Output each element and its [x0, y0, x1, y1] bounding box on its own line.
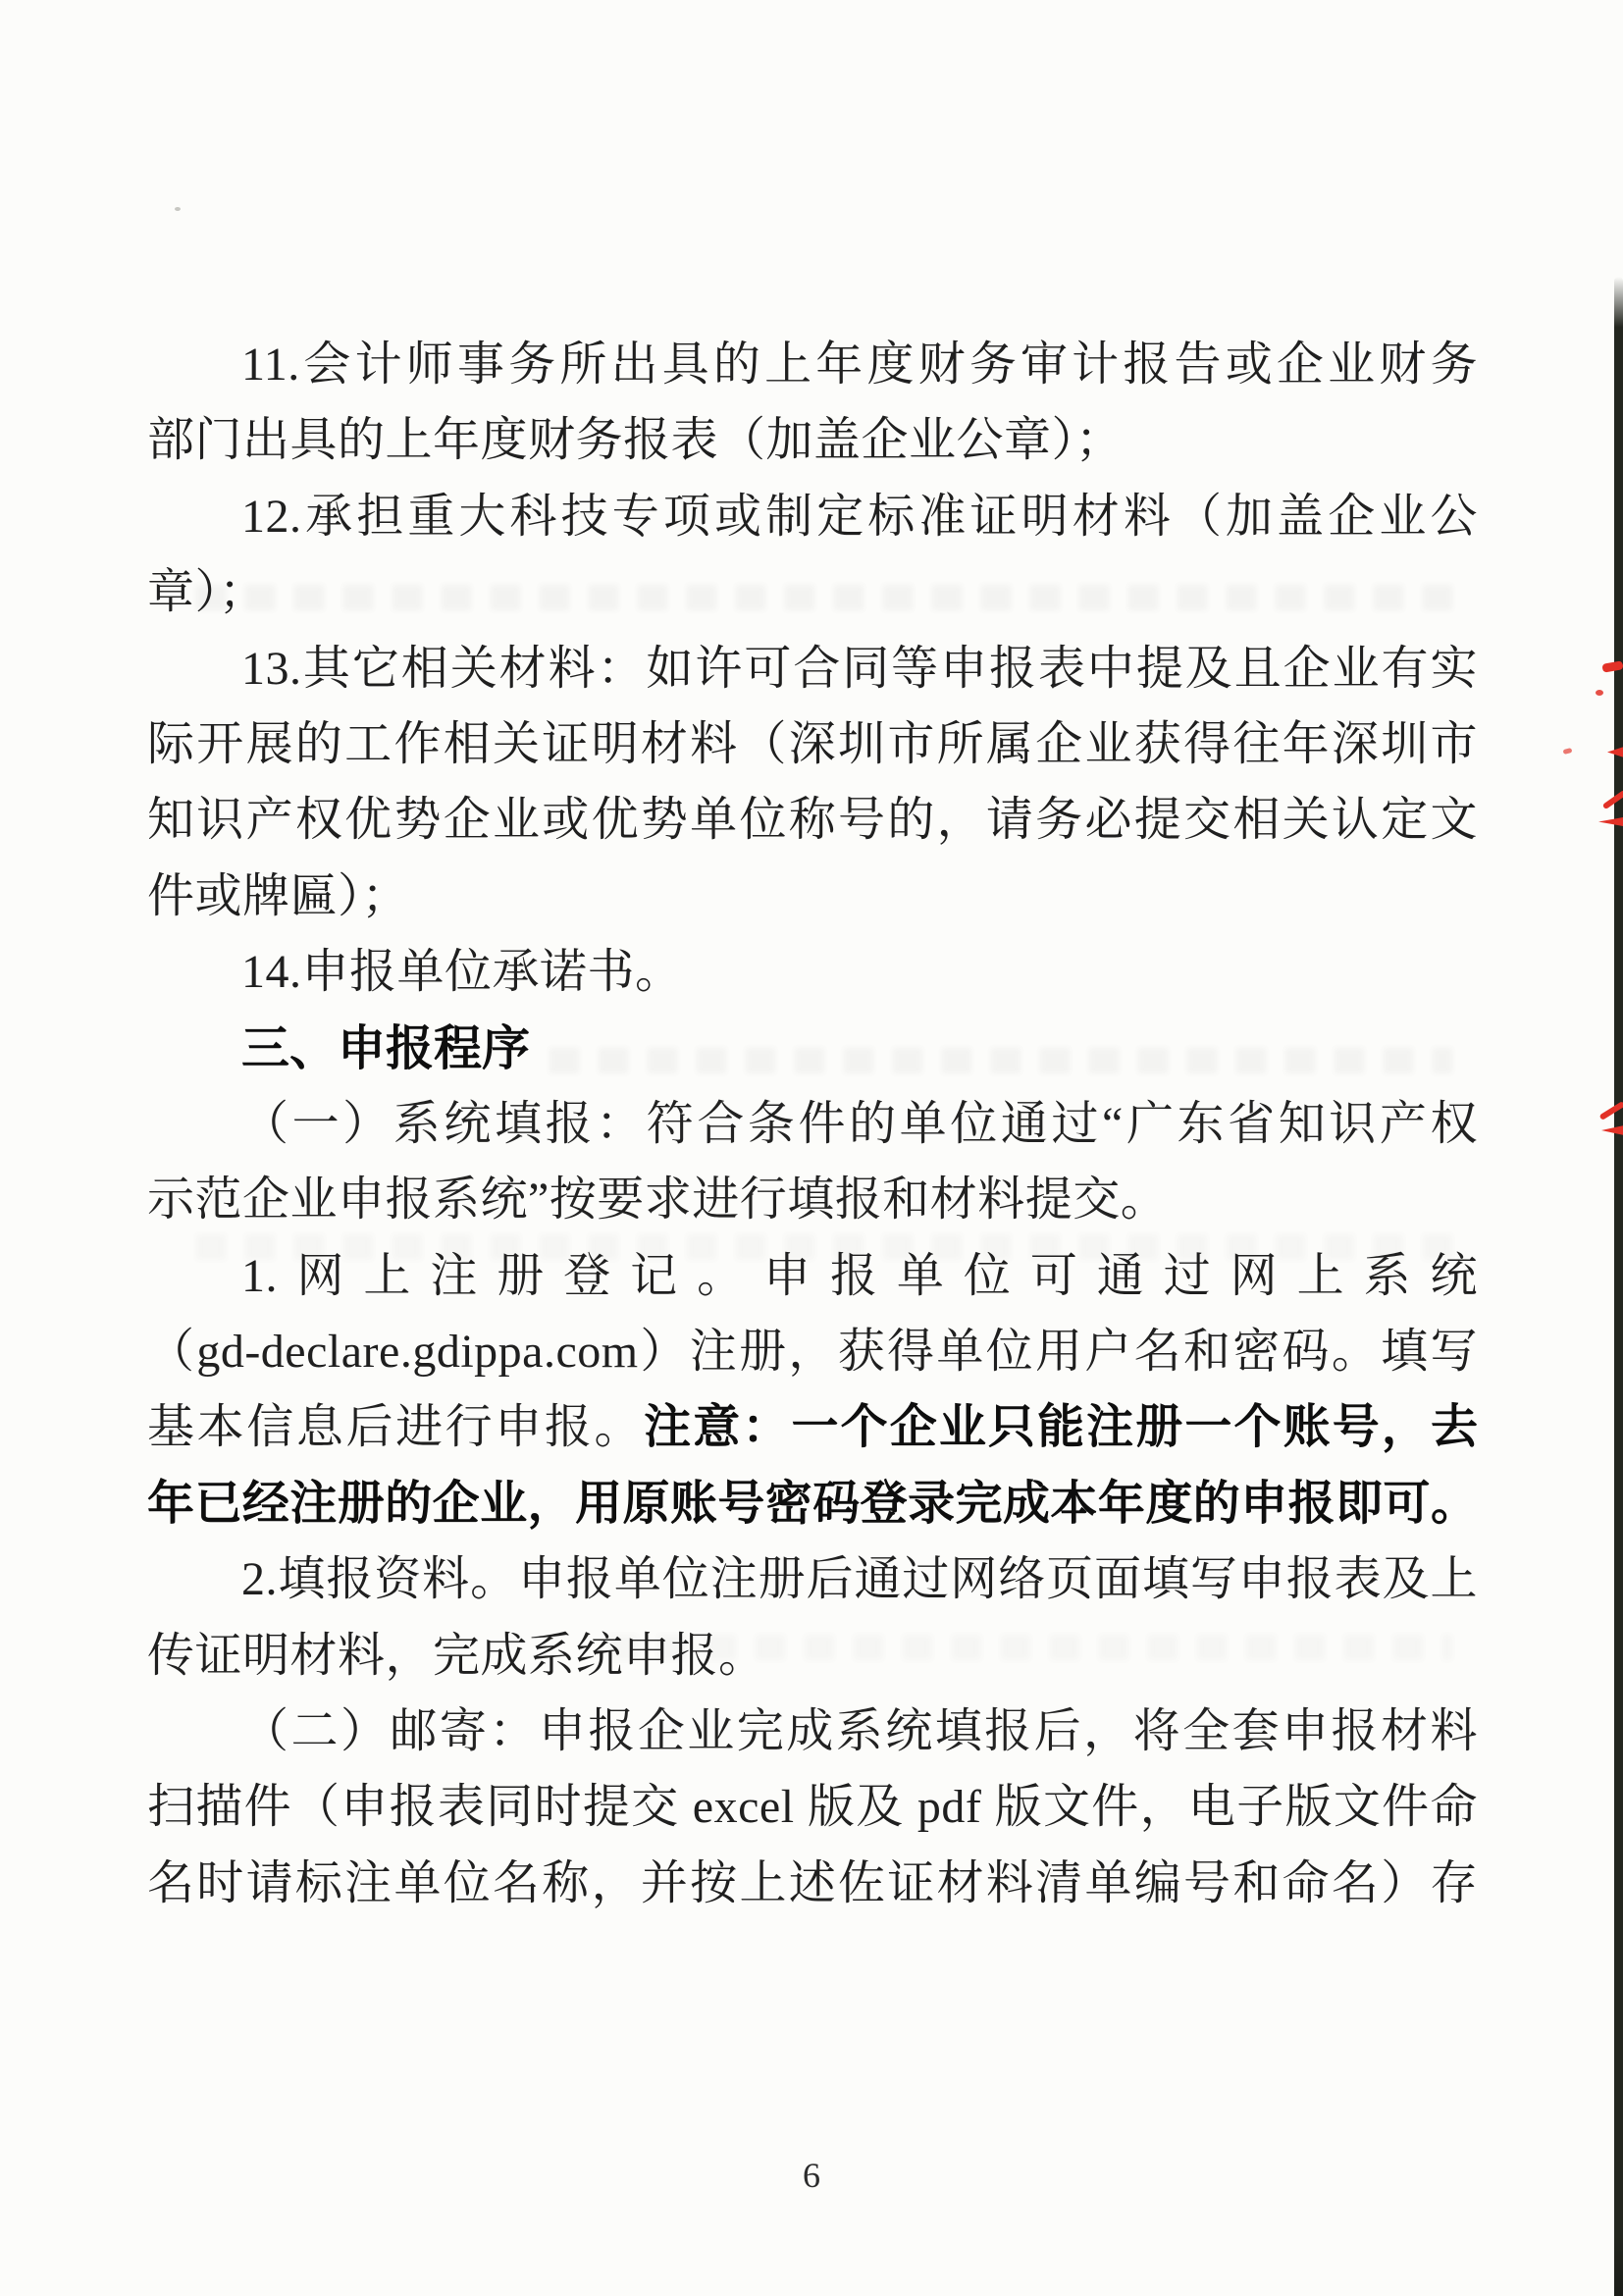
text-line: 章）； [147, 554, 1478, 630]
scan-speck [175, 207, 181, 211]
text-line: 示范企业申报系统”按要求进行填报和材料提交。 [147, 1162, 1478, 1237]
text-line: 2.填报资料。申报单位注册后通过网络页面填写申报表及上 [147, 1541, 1478, 1617]
text-run: 名时请标注单位名称，并按上述佐证材料清单编号和命名）存 [147, 1857, 1478, 1909]
text-line: 知识产权优势企业或优势单位称号的，请务必提交相关认定文 [147, 782, 1478, 858]
text-line: （gd-declare.gdippa.com）注册，获得单位用户名和密码。填写 [147, 1314, 1478, 1389]
red-pen-mark [1598, 817, 1623, 826]
text-run: 基本信息后进行申报。 [147, 1401, 644, 1453]
text-run: 章）； [147, 566, 267, 618]
text-line: 12.承担重大科技专项或制定标准证明材料（加盖企业公 [147, 479, 1478, 554]
text-line: （一）系统填报：符合条件的单位通过“广东省知识产权 [147, 1086, 1478, 1162]
text-line: 名时请标注单位名称，并按上述佐证材料清单编号和命名）存 [147, 1846, 1478, 1921]
text-run: 13.其它相关材料：如许可合同等申报表中提及且企业有实 [241, 643, 1478, 695]
text-run: 12.承担重大科技专项或制定标准证明材料（加盖企业公 [241, 491, 1478, 543]
text-line: 部门出具的上年度财务报表（加盖企业公章）； [147, 402, 1478, 478]
text-run: （二）邮寄：申报企业完成系统填报后，将全套申报材料 [241, 1705, 1478, 1757]
bold-text-run: 三、申报程序 [241, 1020, 530, 1076]
document-page: 11.会计师事务所出具的上年度财务审计报告或企业财务部门出具的上年度财务报表（加… [0, 0, 1623, 2296]
text-run: 际开展的工作相关证明材料（深圳市所属企业获得往年深圳市 [147, 718, 1478, 770]
text-run: 2.填报资料。申报单位注册后通过网络页面填写申报表及上 [241, 1553, 1478, 1605]
text-line: 13.其它相关材料：如许可合同等申报表中提及且企业有实 [147, 631, 1478, 706]
text-line: 扫描件（申报表同时提交 excel 版及 pdf 版文件，电子版文件命 [147, 1769, 1478, 1845]
text-line: （二）邮寄：申报企业完成系统填报后，将全套申报材料 [147, 1694, 1478, 1769]
text-run: （一）系统填报：符合条件的单位通过“广东省知识产权 [241, 1098, 1478, 1150]
text-line: 1.网上注册登记。申报单位可通过网上系统 [147, 1238, 1478, 1314]
text-line: 11.会计师事务所出具的上年度财务审计报告或企业财务 [147, 327, 1478, 402]
text-line: 传证明材料，完成系统申报。 [147, 1618, 1478, 1694]
document-text: 11.会计师事务所出具的上年度财务审计报告或企业财务部门出具的上年度财务报表（加… [147, 327, 1478, 1921]
text-run: 部门出具的上年度财务报表（加盖企业公章）； [147, 414, 1124, 466]
red-pen-mark [1563, 748, 1573, 755]
scan-edge-line [1614, 277, 1623, 2296]
text-line: 件或牌匾）； [147, 859, 1478, 934]
page-number: 6 [0, 2155, 1623, 2196]
red-pen-mark [1596, 690, 1603, 696]
text-line: 14.申报单位承诺书。 [147, 934, 1478, 1010]
text-line: 年已经注册的企业，用原账号密码登录完成本年度的申报即可。 [147, 1466, 1478, 1541]
text-run: 件或牌匾）； [147, 870, 409, 922]
text-line: 际开展的工作相关证明材料（深圳市所属企业获得往年深圳市 [147, 706, 1478, 782]
text-run: 示范企业申报系统”按要求进行填报和材料提交。 [147, 1174, 1168, 1226]
bold-text-run: 年已经注册的企业，用原账号密码登录完成本年度的申报即可。 [147, 1476, 1478, 1531]
text-run: 知识产权优势企业或优势单位称号的，请务必提交相关认定文 [147, 794, 1478, 846]
text-run: 11.会计师事务所出具的上年度财务审计报告或企业财务 [241, 339, 1478, 391]
red-pen-mark [1601, 1125, 1623, 1135]
text-run: 14.申报单位承诺书。 [241, 946, 683, 998]
text-run: 传证明材料，完成系统申报。 [147, 1630, 766, 1682]
text-run: （gd-declare.gdippa.com）注册，获得单位用户名和密码。填写 [147, 1326, 1478, 1378]
text-line: 三、申报程序 [147, 1011, 1478, 1086]
bold-text-run: 注意：一个企业只能注册一个账号，去 [644, 1399, 1478, 1454]
text-run: 1.网上注册登记。申报单位可通过网上系统 [241, 1250, 1478, 1302]
text-run: 扫描件（申报表同时提交 excel 版及 pdf 版文件，电子版文件命 [147, 1781, 1478, 1833]
text-line: 基本信息后进行申报。注意：一个企业只能注册一个账号，去 [147, 1389, 1478, 1465]
